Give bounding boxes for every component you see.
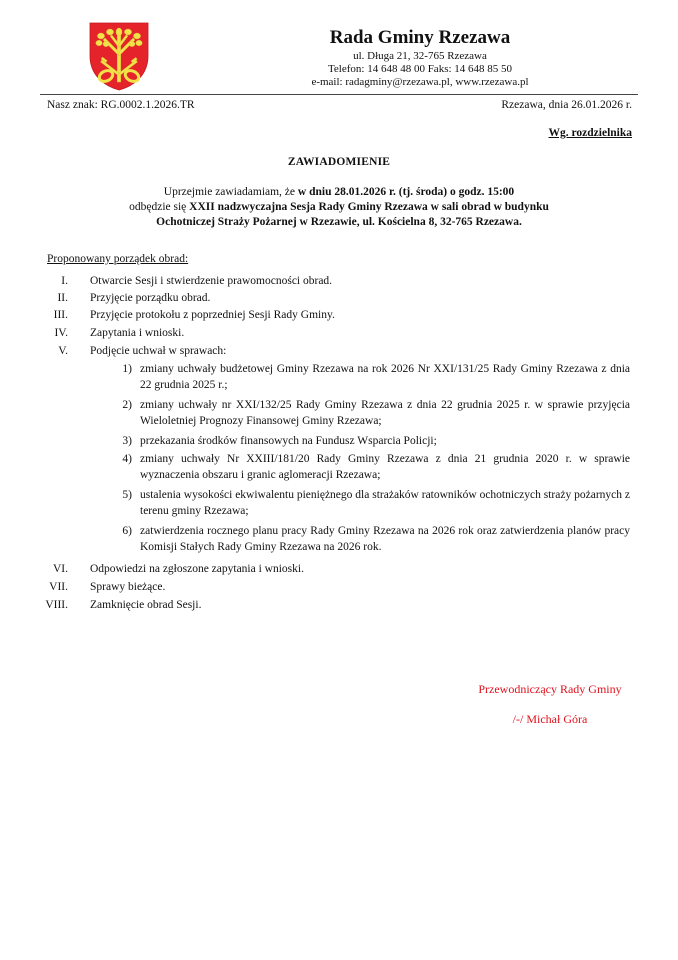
signature-role: Przewodniczący Rady Gminy: [440, 682, 660, 697]
agenda-item-number: VII.: [0, 579, 68, 595]
agenda-heading: Proponowany porządek obrad:: [47, 253, 188, 265]
signature-name: /-/ Michał Góra: [440, 712, 660, 727]
organization-name: Rada Gminy Rzezawa: [280, 27, 560, 49]
resolution-number: 3): [108, 433, 132, 449]
intro-line-1: Uprzejmie zawiadamiam, że w dniu 28.01.2…: [40, 185, 638, 200]
agenda-item-number: II.: [0, 290, 68, 306]
agenda-item-text: Przyjęcie porządku obrad.: [90, 290, 210, 306]
organization-email-web: e-mail: radagminy@rzezawa.pl, www.rzezaw…: [280, 76, 560, 89]
reference-number: Nasz znak: RG.0002.1.2026.TR: [47, 98, 195, 112]
meeting-location: Ochotniczej Straży Pożarnej w Rzezawie, …: [156, 216, 522, 228]
agenda-item-number: I.: [0, 273, 68, 289]
organization-address: ul. Długa 21, 32-765 Rzezawa: [280, 50, 560, 63]
agenda-item-text: Otwarcie Sesji i stwierdzenie prawomocno…: [90, 273, 332, 289]
resolution-text: zmiany uchwały nr XXI/132/25 Rady Gminy …: [140, 397, 630, 429]
resolution-item: 3) przekazania środków finansowych na Fu…: [108, 433, 630, 450]
resolution-item: 4) zmiany uchwały Nr XXIII/181/20 Rady G…: [108, 451, 630, 485]
agenda-item-number: IV.: [0, 325, 68, 341]
resolution-text: zmiany uchwały Nr XXIII/181/20 Rady Gmin…: [140, 451, 630, 483]
meeting-date-time: w dniu 28.01.2026 r. (tj. środa) o godz.…: [298, 186, 514, 198]
resolution-item: 1) zmiany uchwały budżetowej Gminy Rzeza…: [108, 361, 630, 395]
resolution-text: zmiany uchwały budżetowej Gminy Rzezawa …: [140, 361, 630, 393]
coat-of-arms-icon: [86, 20, 152, 92]
organization-phone-fax: Telefon: 14 648 48 00 Faks: 14 648 85 50: [280, 63, 560, 76]
session-name: XXII nadzwyczajna Sesja Rady Gminy Rzeza…: [189, 201, 549, 213]
agenda-item-text: Sprawy bieżące.: [90, 579, 165, 595]
agenda-item-text: Podjęcie uchwał w sprawach:: [90, 343, 226, 359]
resolution-item: 5) ustalenia wysokości ekwiwalentu pieni…: [108, 487, 630, 521]
agenda-item-text: Przyjęcie protokołu z poprzedniej Sesji …: [90, 307, 335, 323]
resolution-number: 6): [108, 523, 132, 539]
resolution-item: 2) zmiany uchwały nr XXI/132/25 Rady Gmi…: [108, 397, 630, 431]
resolution-text: przekazania środków finansowych na Fundu…: [140, 433, 630, 449]
resolution-number: 1): [108, 361, 132, 377]
resolution-text: ustalenia wysokości ekwiwalentu pieniężn…: [140, 487, 630, 519]
resolution-number: 2): [108, 397, 132, 413]
resolution-item: 6) zatwierdzenia rocznego planu pracy Ra…: [108, 523, 630, 557]
document-title: ZAWIADOMIENIE: [0, 156, 678, 168]
notice-intro: Uprzejmie zawiadamiam, że w dniu 28.01.2…: [40, 185, 638, 230]
header-divider: [40, 94, 638, 95]
agenda-item-number: VIII.: [0, 597, 68, 613]
agenda-item-text: Zapytania i wnioski.: [90, 325, 184, 341]
agenda-item-number: V.: [0, 343, 68, 359]
resolution-number: 4): [108, 451, 132, 467]
distribution-note: Wg. rozdzielnika: [549, 127, 632, 139]
resolution-text: zatwierdzenia rocznego planu pracy Rady …: [140, 523, 630, 555]
resolution-number: 5): [108, 487, 132, 503]
agenda-item-number: III.: [0, 307, 68, 323]
place-date: Rzezawa, dnia 26.01.2026 r.: [501, 98, 632, 112]
agenda-item-number: VI.: [0, 561, 68, 577]
agenda-item-text: Odpowiedzi na zgłoszone zapytania i wnio…: [90, 561, 304, 577]
agenda-item-text: Zamknięcie obrad Sesji.: [90, 597, 201, 613]
intro-line-3: Ochotniczej Straży Pożarnej w Rzezawie, …: [40, 215, 638, 230]
intro-line-2: odbędzie się XXII nadzwyczajna Sesja Rad…: [40, 200, 638, 215]
